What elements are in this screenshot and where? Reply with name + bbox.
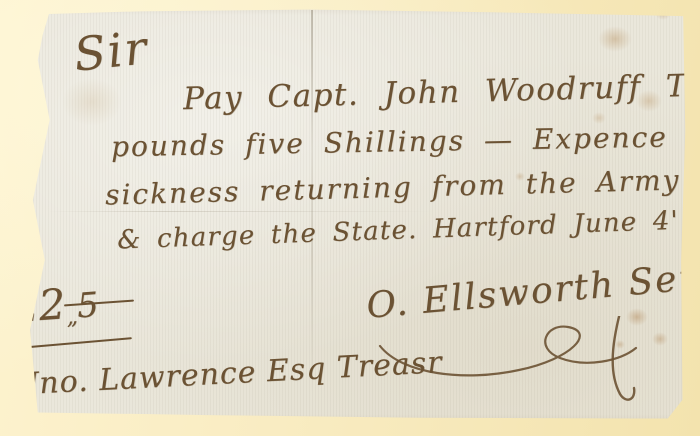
manuscript-paper: Sir Pay Capt. John Woodruff Two pounds f… bbox=[0, 0, 700, 436]
foxing-stain bbox=[62, 78, 122, 126]
amount-separator: „ bbox=[65, 305, 76, 331]
amount-pounds: £2 bbox=[10, 279, 67, 332]
amount-block: £2„5 bbox=[12, 280, 142, 350]
amount-shillings: 5 bbox=[76, 285, 100, 326]
salutation-text: Sir bbox=[71, 20, 150, 81]
horizontal-fold-crease bbox=[49, 211, 434, 212]
amount-text: £2„5 bbox=[10, 277, 100, 334]
signature-block: O. Ellsworth Senr. bbox=[366, 272, 686, 412]
photo-backdrop: Sir Pay Capt. John Woodruff Two pounds f… bbox=[0, 0, 700, 436]
amount-underline-stroke bbox=[20, 337, 132, 349]
body-line-pay-order: Pay Capt. John Woodruff Two bbox=[183, 67, 700, 117]
foxing-stain bbox=[655, 6, 671, 20]
body-line-reason: sickness returning from the Army bbox=[105, 163, 681, 211]
foxing-stain bbox=[598, 26, 632, 52]
body-line-amount-words: pounds five Shillings — Expence of bbox=[111, 120, 700, 164]
